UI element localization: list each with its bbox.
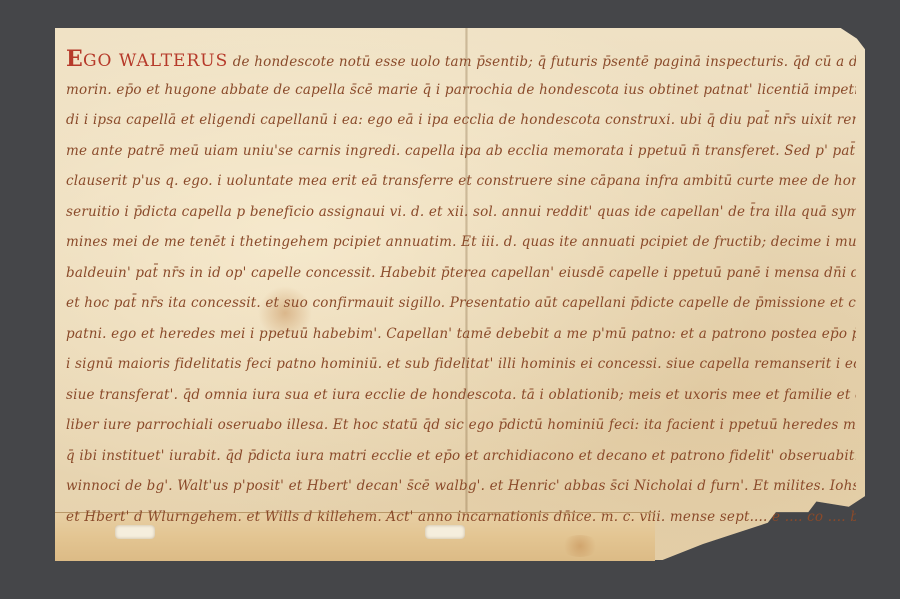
charter-text: EGO WALTERUS de hondescote notū esse uol… bbox=[66, 44, 856, 532]
text-line-1: EGO WALTERUS de hondescote notū esse uol… bbox=[66, 44, 856, 75]
stain-plica bbox=[560, 535, 600, 557]
text-line-9: et hoc pat̄ nr̄s ita concessit. et suo c… bbox=[66, 288, 856, 319]
text-line-7: mines mei de me tenēt i thetingehem pcip… bbox=[66, 227, 856, 258]
text-line-15: winnoci de bg'. Walt'us p'posit' et Hber… bbox=[66, 471, 856, 502]
rubric-heading: GO WALTERUS bbox=[83, 51, 228, 71]
text-line-11: i signū maioris fidelitatis feci patno h… bbox=[66, 349, 856, 380]
text-line-4: me ante patrē meū uiam uniu'se carnis in… bbox=[66, 136, 856, 167]
line-text: de hondescote notū esse uolo tam p̄senti… bbox=[233, 54, 856, 70]
text-line-10: patni. ego et heredes mei i ppetuū habeb… bbox=[66, 319, 856, 350]
text-line-12: siue transferat'. q̄d omnia iura sua et … bbox=[66, 380, 856, 411]
text-line-16: et Hbert' d Wlurngehem. et Wills d kille… bbox=[66, 502, 856, 533]
text-line-13: liber iure parrochiali oseruabo illesa. … bbox=[66, 410, 856, 441]
text-line-5: clauserit p'us q. ego. i uoluntate mea e… bbox=[66, 166, 856, 197]
text-line-6: seruitio i p̄dicta capella p beneficio a… bbox=[66, 197, 856, 228]
text-line-2: morin. ep̄o et hugone abbate de capella … bbox=[66, 75, 856, 106]
text-line-8: baldeuin' pat̄ nr̄s in id op' capelle co… bbox=[66, 258, 856, 289]
text-line-14: q̄ ibi instituet' iurabit. q̄d p̄dicta i… bbox=[66, 441, 856, 472]
decorated-initial: E bbox=[66, 46, 83, 72]
text-line-3: di i ipsa capellā et eligendi capellanū … bbox=[66, 105, 856, 136]
